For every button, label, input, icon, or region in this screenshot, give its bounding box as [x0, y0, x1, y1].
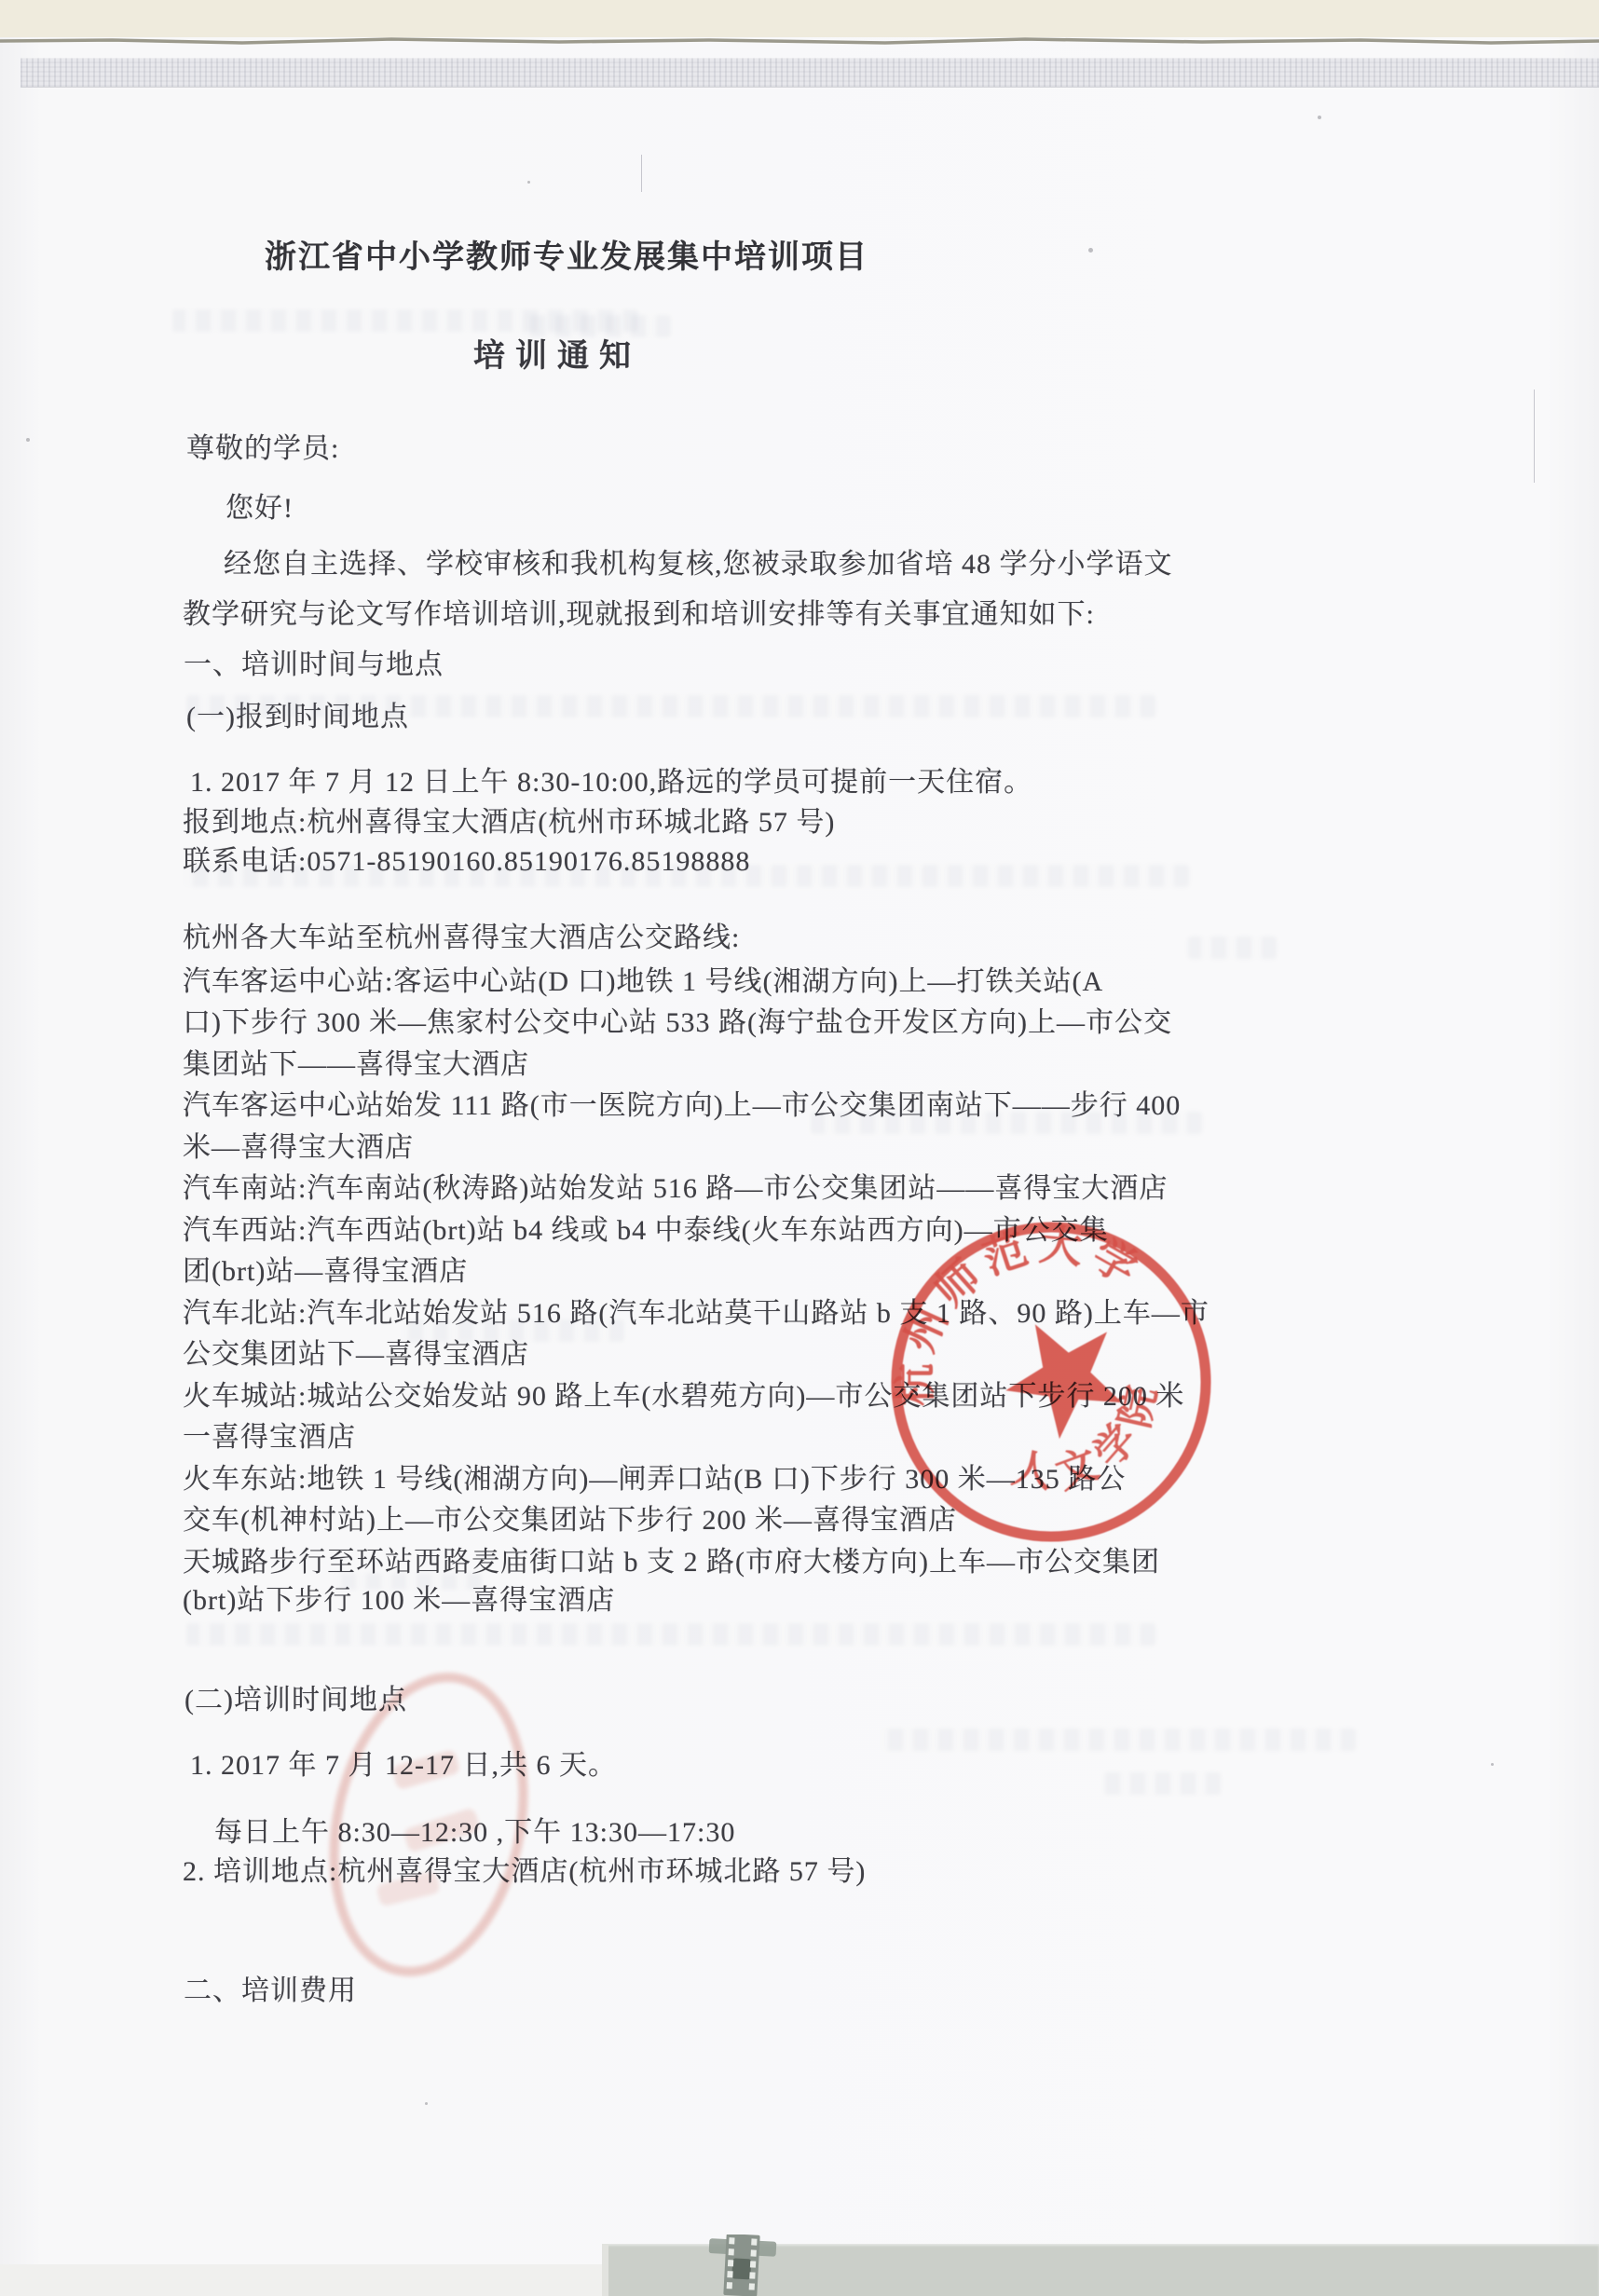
route-line: 米—喜得宝大酒店 — [183, 1124, 414, 1165]
route-line: 集团站下——喜得宝大酒店 — [183, 1041, 529, 1082]
intro-line-1: 经您自主选择、学校审核和我机构复核,您被录取参加省培 48 学分小学语文 — [224, 540, 1173, 581]
dust-speck — [237, 1832, 239, 1835]
bleedthrough-artifact — [401, 1319, 624, 1342]
bleedthrough-artifact — [183, 865, 1189, 887]
route-line: 团(brt)站—喜得宝酒店 — [183, 1248, 468, 1289]
greeting-line: 您好! — [225, 485, 294, 526]
route-line: 汽车客运中心站:客运中心站(D 口)地铁 1 号线(湘湖方向)上—打铁关站(A — [183, 958, 1103, 999]
bleedthrough-artifact — [1104, 1772, 1221, 1795]
bleedthrough-artifact — [186, 1623, 1155, 1646]
bleedthrough-artifact — [186, 695, 1155, 717]
bleedthrough-artifact — [1188, 936, 1277, 959]
bleedthrough-artifact — [811, 1112, 1202, 1134]
report-place-line: 报到地点:杭州喜得宝大酒店(杭州市环城北路 57 号) — [183, 799, 835, 840]
routes-heading: 杭州各大车站至杭州喜得宝大酒店公交路线: — [183, 914, 740, 955]
ghost-stamp — [307, 1657, 550, 1992]
scanned-page: 浙江省中小学教师专业发展集中培训项目 培训通知 尊敬的学员: 您好! 经您自主选… — [0, 0, 1599, 2296]
scanner-bottom-left-band — [0, 2264, 602, 2296]
scanner-top-band — [0, 0, 1599, 37]
paper-crease-line — [1534, 389, 1535, 483]
document-title: 浙江省中小学教师专业发展集中培训项目 — [0, 231, 1133, 277]
torn-paper-edge-icon — [0, 34, 1599, 44]
dust-speck — [1088, 248, 1093, 253]
route-line: 口)下步行 300 米—焦家村公交中心站 533 路(海宁盐仓开发区方向)上—市… — [183, 999, 1172, 1040]
scanner-noise-band — [20, 58, 1599, 87]
route-line: 一喜得宝酒店 — [183, 1414, 356, 1455]
route-line: 汽车南站:汽车南站(秋涛路)站始发站 516 路—市公交集团站——喜得宝大酒店 — [183, 1165, 1168, 1206]
dust-speck — [425, 2102, 428, 2105]
bleedthrough-artifact — [333, 1573, 482, 1590]
paper-crease-line — [641, 155, 642, 192]
report-time-line: 1. 2017 年 7 月 12 日上午 8:30-10:00,路远的学员可提前… — [190, 758, 1032, 799]
dust-speck — [527, 181, 530, 184]
section-1-heading: 一、培训时间与地点 — [184, 641, 444, 682]
official-stamp: 杭州师范大学 人文学院 — [883, 1214, 1219, 1550]
salutation: 尊敬的学员: — [186, 425, 339, 466]
dust-speck — [1491, 1763, 1494, 1766]
bleedthrough-artifact — [522, 315, 671, 337]
bleedthrough-artifact — [881, 1729, 1356, 1751]
intro-line-2: 教学研究与论文写作培训培训,现就报到和培训安排等有关事宜通知如下: — [183, 591, 1095, 632]
film-strip-icon — [701, 2234, 786, 2296]
dust-speck — [26, 438, 30, 442]
dust-speck — [1318, 116, 1321, 119]
route-line: 交车(机神村站)上—市公交集团站下步行 200 米—喜得宝酒店 — [183, 1496, 957, 1537]
